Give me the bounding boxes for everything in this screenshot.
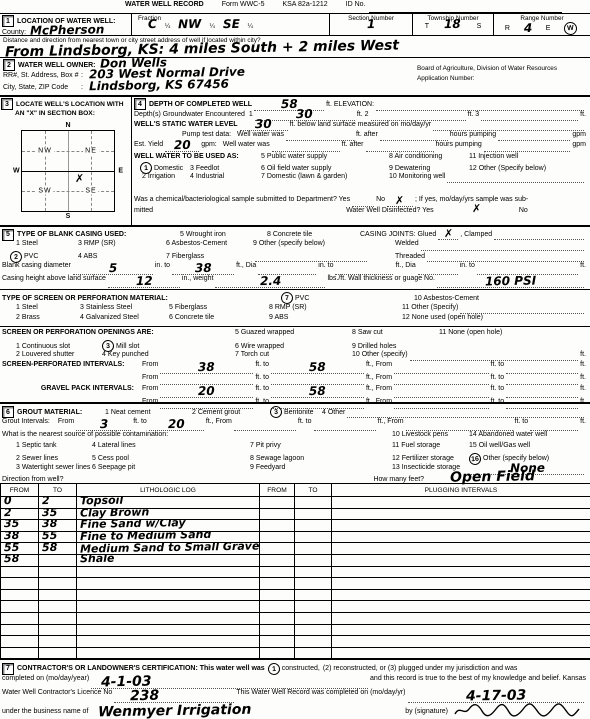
sp-from-line: 38 [160, 365, 253, 374]
table-cell: 38 [1, 531, 39, 543]
est-yield-line: 20 [165, 143, 199, 152]
table-cell [295, 543, 332, 555]
table-cell [77, 624, 260, 636]
glued-x-mark: ✗ [444, 232, 453, 236]
table-cell: 55 [1, 543, 39, 555]
table-cell [332, 508, 590, 520]
sp-ft-to-1: ft. to [255, 361, 269, 368]
gi-ft-end: ft. [580, 418, 586, 425]
gp-ft-1: ft. [580, 385, 586, 392]
sp-ft-to-3: ft. to [255, 374, 269, 381]
blank-casing-diameter-label: Blank casing diameter [2, 262, 71, 269]
distance-value: From Lindsborg, KS: 4 miles South + 2 mi… [5, 41, 399, 59]
option-screen-abs: 9 ABS [269, 314, 402, 321]
threaded-label: Threaded [395, 253, 425, 260]
option-industrial: 4 Industrial [190, 173, 261, 180]
quarter-mark-1: ¼ [165, 23, 170, 30]
signature [452, 703, 582, 719]
option-key-punched: 4 Key punched [102, 351, 235, 358]
gi-ft-to-3: ft. to [515, 418, 529, 425]
chem-sample-question: Was a chemical/bacteriological sample su… [134, 196, 350, 203]
fraction-value-1: C [148, 22, 157, 27]
option-screen-pvc-label: PVC [295, 295, 309, 302]
table-cell [260, 636, 295, 648]
dia3-in-to: in. to [460, 262, 475, 269]
table-cell [332, 531, 590, 543]
table-cell [295, 589, 332, 601]
section2-owner: 2 WATER WELL OWNER: Don Wells RR#, St. A… [0, 57, 590, 95]
option-pvc: 2 PVC [2, 251, 78, 263]
section5-number-box: 5 [2, 229, 14, 241]
option-rmp-sr: 3 RMP (SR) [78, 240, 166, 247]
table-cell: Fine Sand w/Clay [77, 520, 260, 532]
circled-16-other: 16 [469, 452, 482, 465]
option-lateral-lines: 4 Lateral lines [92, 442, 250, 449]
table-row: 58Shale [1, 554, 590, 566]
sp-to-value: 58 [309, 365, 326, 370]
gi-ft-to-1: ft. to [133, 418, 147, 425]
city-label: City, State, ZIP Code [3, 84, 81, 91]
owner-value: Don Wells [99, 60, 166, 66]
range-r: R [505, 25, 510, 32]
option-bentonite: 3 Bentonite [270, 406, 322, 418]
openings-other-ft: ft. [580, 351, 586, 358]
diameter-ft-value: 38 [195, 266, 212, 271]
gi-ft-from-2: ft., From [378, 418, 404, 425]
col-from-2: FROM [260, 484, 295, 497]
locate-title-line1: LOCATE WELL'S LOCATION WITH [16, 101, 124, 108]
form-header: WATER WELL RECORD Form WWC-5 KSA 82a-121… [0, 1, 590, 13]
option-oil-field-water-supply: 6 Oil field water supply [261, 165, 389, 172]
how-many-feet-value: Open Field [450, 474, 535, 480]
option-grout-other: 4 Other [322, 409, 345, 416]
option-wrought-iron: 5 Wrought iron [180, 231, 267, 238]
table-cell [1, 566, 39, 578]
option-neat-cement: 1 Neat cement [105, 409, 192, 416]
option-guazed-wrapped: 5 Guazed wrapped [235, 329, 352, 336]
table-cell [295, 624, 332, 636]
option-concrete-tile: 8 Concrete tile [267, 231, 360, 238]
table-cell [77, 636, 260, 648]
table-cell [295, 520, 332, 532]
yield-gpm: gpm [572, 141, 586, 148]
table-cell [332, 578, 590, 590]
table-cell [39, 624, 77, 636]
table-cell [295, 554, 332, 566]
groundwater-ft: ft. [580, 111, 586, 118]
dia2-in-to: in. to [318, 262, 333, 269]
table-row [1, 612, 590, 624]
certification-intro: CONTRACTOR'S OR LANDOWNER'S CERTIFICATIO… [17, 665, 265, 672]
licence-no-label: Water Well Contractor's Licence No [2, 689, 112, 696]
yield-ft-after: ft. after [342, 141, 364, 148]
table-cell [77, 578, 260, 590]
clamped-label: , Clamped [460, 231, 492, 238]
est-yield-value: 20 [174, 143, 191, 148]
option-domestic-lawn-garden: 7 Domestic (lawn & garden) [261, 173, 389, 180]
option-other-specify: 12 Other (Specify below) [469, 165, 546, 172]
option-sewage-lagoon: 8 Sewage lagoon [250, 455, 392, 462]
gp-ft-from-1: ft., From [366, 385, 392, 392]
option-fuel-storage: 11 Fuel storage [392, 442, 469, 449]
record-completed-label: This Water Well Record was completed on … [236, 689, 405, 696]
water-well-record-form: WATER WELL RECORD Form WWC-5 KSA 82a-121… [0, 0, 590, 719]
option-saw-cut: 8 Saw cut [352, 329, 439, 336]
option-galvanized-steel: 4 Galvanized Steel [80, 314, 169, 321]
table-row: 3538Fine Sand w/Clay [1, 520, 590, 532]
sp-ft-1: ft. [580, 361, 586, 368]
board-of-agriculture-text: Board of Agriculture, Division of Water … [417, 65, 587, 72]
table-cell [260, 601, 295, 613]
circled-3-bentonite: 3 [270, 406, 283, 419]
option-wire-wrapped: 6 Wire wrapped [235, 343, 352, 350]
groundwater-1: 1 [249, 111, 253, 118]
sp-ft-to-2: ft. to [491, 361, 505, 368]
table-cell: Shale [77, 554, 260, 566]
option-injection-well: 11 Injection well [469, 153, 518, 160]
section5-casing: 5 TYPE OF BLANK CASING USED: 5 Wrought i… [0, 225, 590, 402]
section3-locate: 3 LOCATE WELL'S LOCATION WITH AN "X" IN … [0, 95, 132, 225]
grout-intervals-label: Grout Intervals: [2, 418, 50, 425]
chem-mitted: mitted [134, 207, 153, 214]
gp-ft-to-2: ft. to [491, 385, 505, 392]
gi-from-line: 3 [76, 422, 131, 431]
table-cell [77, 566, 260, 578]
table-cell [39, 566, 77, 578]
option-abandoned-water-well: 14 Abandoned water well [469, 431, 547, 438]
weight-value: 2.4 [260, 279, 281, 284]
option-air-conditioning: 8 Air conditioning [389, 153, 469, 160]
groundwater-1-value: 30 [296, 112, 313, 117]
table-cell [39, 589, 77, 601]
groundwater-ft3: ft. 3 [468, 111, 480, 118]
option-screen-asbestos-cement: 10 Asbestos-Cement [414, 295, 479, 302]
diameter-value: 5 [109, 266, 117, 271]
table-cell: 0 [1, 497, 39, 509]
circled-1-constructed: 1 [267, 662, 280, 675]
option-stainless-steel: 3 Stainless Steel [80, 304, 169, 311]
groundwater-ft2: ft. 2 [357, 111, 369, 118]
option-cess-pool: 5 Cess pool [92, 455, 250, 462]
quadrant-ne-label: NE [83, 148, 99, 155]
openings-title: SCREEN OR PERFORATION OPENINGS ARE: [2, 329, 235, 336]
table-cell [1, 647, 39, 658]
table-cell [332, 589, 590, 601]
licence-no-value: 238 [130, 694, 159, 700]
option-openings-other: 10 Other (specify) [352, 351, 408, 358]
sp-ft-from-2: ft., From [366, 374, 392, 381]
address-label: RR#, St. Address, Box # [3, 72, 81, 79]
gi-to-value: 20 [168, 422, 185, 427]
well-location-x-mark: ✗ [75, 177, 84, 181]
section4-number-box: 4 [134, 98, 146, 110]
section1-number-box: 1 [2, 15, 14, 27]
chem-no-label: No [376, 196, 385, 203]
table-cell [295, 497, 332, 509]
table-cell [260, 589, 295, 601]
table-cell [332, 624, 590, 636]
option-livestock-pens: 10 Livestock pens [392, 431, 469, 438]
option-other-specify-below: 9 Other (specify below) [253, 240, 371, 247]
chem-no-x-mark: ✗ [395, 199, 404, 203]
record-date-line: 4-17-03 [408, 694, 585, 703]
sp-ft-2: ft. [580, 374, 586, 381]
completed-on-label: completed on (mo/day/year) [2, 675, 89, 682]
township-value: 18 [444, 22, 461, 27]
gp-ft-to-1: ft. to [255, 385, 269, 392]
table-row: 3855Fine to Medium Sand [1, 531, 590, 543]
table-row: 02Topsoil [1, 497, 590, 509]
distance-row: Distance and direction from nearest town… [0, 35, 590, 57]
table-cell [1, 612, 39, 624]
range-label: Range Number [498, 15, 586, 22]
table-cell [295, 566, 332, 578]
compass-e-label: E [118, 168, 123, 175]
compass-w-label: W [13, 168, 20, 175]
casing-height-line: 12 [108, 279, 180, 288]
sp-to-line: 58 [271, 365, 364, 374]
gi-ft-from-1: ft., From [206, 418, 232, 425]
table-cell [332, 636, 590, 648]
gp-to-line: 58 [271, 389, 364, 398]
quadrant-nw-label: NW [36, 148, 54, 155]
gi-from-label: From [58, 418, 74, 425]
township-t: T [425, 23, 429, 30]
gp-to-value: 58 [309, 389, 326, 394]
table-cell [260, 543, 295, 555]
static-level-after: ft. below land surface measured on mo/da… [290, 121, 432, 128]
section1-location: 1 LOCATION OF WATER WELL: County: McPher… [0, 13, 590, 36]
table-cell [295, 636, 332, 648]
business-name-value: Wenmyer Irrigation [98, 707, 251, 715]
option-drilled-holes: 9 Drilled holes [352, 343, 396, 350]
table-cell [1, 578, 39, 590]
col-plugging-intervals: PLUGGING INTERVALS [332, 484, 590, 497]
locate-title-line2: AN "X" IN SECTION BOX: [15, 110, 131, 117]
city-value: Lindsborg, KS 67456 [89, 82, 229, 89]
option-domestic-label: Domestic [154, 165, 183, 172]
certification-cont: (2) reconstructed, or (3) plugged under … [323, 665, 518, 672]
address-colon: : [81, 72, 83, 79]
litho-table-body: 02Topsoil235Clay Brown3538Fine Sand w/Cl… [1, 497, 590, 659]
table-cell [295, 531, 332, 543]
owner-label: WATER WELL OWNER: [18, 62, 96, 69]
compass-s-label: S [66, 213, 71, 220]
option-watertight-sewer-lines: 3 Watertight sewer lines [2, 464, 92, 471]
section7-certification: 7 CONTRACTOR'S OR LANDOWNER'S CERTIFICAT… [0, 658, 590, 719]
option-continuous-slot: 1 Continuous slot [2, 343, 102, 350]
option-louvered-shutter: 2 Louvered shutter [2, 351, 102, 358]
casing-height-label: Casing height above land surface [2, 275, 106, 282]
section6-number-box: 6 [2, 406, 14, 418]
section-number-value: 1 [367, 22, 375, 27]
option-oil-well-gas-well: 15 Oil well/Gas well [469, 442, 530, 449]
casing-joints-glued-label: CASING JOINTS: Glued [360, 231, 436, 238]
table-cell [39, 601, 77, 613]
table-row: 5558Medium Sand to Small Gravel [1, 543, 590, 555]
welded-label: Welded [395, 240, 419, 247]
table-cell [1, 589, 39, 601]
depth-of-well-label: DEPTH OF COMPLETED WELL [149, 101, 252, 108]
direction-from-well-label: Direction from well? [2, 476, 63, 483]
option-monitoring-well: 10 Monitoring well [389, 173, 445, 180]
pump-well-water-was: Well water was [237, 131, 284, 138]
fraction-value-3: SE [223, 22, 240, 27]
gi-to-line: 20 [149, 422, 204, 431]
table-cell [295, 612, 332, 624]
yield-hours: hours pumping [436, 141, 482, 148]
table-cell: Clay Brown [77, 508, 260, 520]
screen-material-title: TYPE OF SCREEN OR PERFORATION MATERIAL: [2, 295, 281, 302]
table-cell: Topsoil [77, 497, 260, 509]
table-cell [77, 601, 260, 613]
col-to-1: TO [39, 484, 77, 497]
disinfected-x-mark: ✗ [472, 207, 481, 211]
option-pit-privy: 7 Pit privy [250, 442, 392, 449]
option-screen-pvc: 7 PVC [281, 292, 414, 304]
quarter-mark-3: ¼ [248, 23, 253, 30]
table-cell: 2 [39, 497, 77, 509]
table-row [1, 647, 590, 658]
option-torch-cut: 7 Torch cut [235, 351, 352, 358]
table-cell: 2 [1, 508, 39, 520]
table-header-row: FROM TO LITHOLOGIC LOG FROM TO PLUGGING … [1, 484, 590, 497]
casing-title: TYPE OF BLANK CASING USED: [17, 231, 126, 238]
table-row [1, 601, 590, 613]
pump-ft-after: ft. after [356, 131, 378, 138]
by-signature-label: by (signature) [405, 708, 448, 715]
table-cell [260, 497, 295, 509]
option-screen-fiberglass: 5 Fiberglass [169, 304, 269, 311]
table-cell [260, 647, 295, 658]
table-cell [39, 636, 77, 648]
elevation-label: ft. ELEVATION: [326, 101, 374, 108]
option-none-used-open-hole: 12 None used (open hole) [402, 314, 483, 321]
option-steel: 1 Steel [2, 240, 78, 247]
static-level-label: WELL'S STATIC WATER LEVEL [134, 121, 238, 128]
compass-n-label: N [65, 122, 70, 129]
gi-ft-to-2: ft. to [298, 418, 312, 425]
option-screen-concrete-tile: 6 Concrete tile [169, 314, 269, 321]
lithologic-log-table: FROM TO LITHOLOGIC LOG FROM TO PLUGGING … [0, 483, 590, 658]
option-none-open-hole: 11 None (open hole) [439, 329, 502, 336]
table-cell [77, 612, 260, 624]
sp-ft-from-1: ft., From [366, 361, 392, 368]
disinfected-question: Water Well Disinfected? Yes [346, 207, 434, 214]
section7-number-box: 7 [2, 663, 14, 675]
table-cell [295, 601, 332, 613]
table-cell [260, 578, 295, 590]
table-cell [260, 566, 295, 578]
option-public-water-supply: 5 Public water supply [261, 153, 389, 160]
business-name-label: under the business name of [2, 708, 88, 715]
option-sewer-lines: 2 Sewer lines [2, 455, 92, 462]
gp-from-1: From [142, 385, 158, 392]
table-cell [332, 566, 590, 578]
static-level-line: 30 [240, 122, 288, 131]
table-cell [260, 624, 295, 636]
table-cell [332, 497, 590, 509]
table-cell [1, 636, 39, 648]
litho-table: FROM TO LITHOLOGIC LOG FROM TO PLUGGING … [0, 483, 590, 658]
option-fertilizer-storage: 12 Fertilizer storage [392, 455, 469, 462]
sp-ft-to-4: ft. to [491, 374, 505, 381]
range-e: E [546, 25, 551, 32]
option-brass: 2 Brass [2, 314, 80, 321]
table-cell [77, 589, 260, 601]
sp-from-2: From [142, 374, 158, 381]
option-feedlot: 3 Feedlot [190, 165, 261, 172]
option-mill-slot-label: Mill slot [116, 343, 139, 350]
diameter-ft-line: 38 [172, 266, 234, 275]
fraction-value-2: NW [178, 22, 201, 27]
table-cell [332, 612, 590, 624]
table-cell: 58 [1, 554, 39, 566]
range-w-circled: W [564, 22, 578, 36]
table-cell [295, 578, 332, 590]
depth-value-line: 58 [254, 102, 324, 111]
chem-no-line: ✗ [387, 199, 413, 207]
table-row: 235Clay Brown [1, 508, 590, 520]
pump-hours: hours pumping [450, 131, 496, 138]
table-cell [39, 647, 77, 658]
glued-line: ✗ [438, 232, 458, 240]
section6-grout: 6 GROUT MATERIAL: 1 Neat cement 2 Cement… [0, 402, 590, 483]
form-title: WATER WELL RECORD [125, 1, 204, 8]
table-cell: 38 [39, 520, 77, 532]
dia2-ft-dia: ft., Dia [395, 262, 415, 269]
option-septic-tank: 1 Septic tank [2, 442, 92, 449]
option-bentonite-label: Bentonite [284, 409, 314, 416]
id-blank-line [369, 3, 562, 13]
table-cell [77, 647, 260, 658]
table-cell: 55 [39, 531, 77, 543]
used-as-label: WELL WATER TO BE USED AS: [134, 153, 261, 160]
table-cell [260, 508, 295, 520]
dia3-ft: ft. [580, 262, 586, 269]
quadrant-se-label: SE [83, 188, 98, 195]
constructed-label: constructed, [282, 665, 320, 672]
table-cell: Medium Sand to Small Gravel [77, 543, 260, 555]
county-value: McPherson [30, 27, 104, 33]
table-cell [295, 508, 332, 520]
groundwater-label: Depth(s) Groundwater Encountered [134, 111, 245, 118]
est-yield-gpm: gpm: [201, 141, 217, 148]
casing-height-value: 12 [136, 279, 153, 284]
board-block: Board of Agriculture, Division of Water … [417, 65, 587, 82]
table-row [1, 624, 590, 636]
option-dewatering: 9 Dewatering [389, 165, 469, 172]
table-cell [260, 531, 295, 543]
table-cell: 35 [39, 508, 77, 520]
option-screen-other: 11 Other (Specify) [402, 304, 458, 311]
table-cell [1, 601, 39, 613]
gp-from-value: 20 [198, 389, 215, 394]
table-cell [260, 520, 295, 532]
option-abs: 4 ABS [78, 253, 166, 260]
diameter-in-to: in. to [155, 262, 170, 269]
completed-date-value: 4-1-03 [101, 680, 152, 686]
option-rmp-sr-screen: 8 RMP (SR) [269, 304, 402, 311]
how-many-feet-label: How many feet? [373, 476, 424, 483]
table-cell: 35 [1, 520, 39, 532]
table-row [1, 566, 590, 578]
diameter-ft-dia: ft., Dia [236, 262, 256, 269]
range-value: 4 [524, 26, 532, 31]
option-cement-grout: 2 Cement grout [192, 409, 270, 416]
table-row [1, 589, 590, 601]
gp-from-line: 20 [160, 389, 253, 398]
